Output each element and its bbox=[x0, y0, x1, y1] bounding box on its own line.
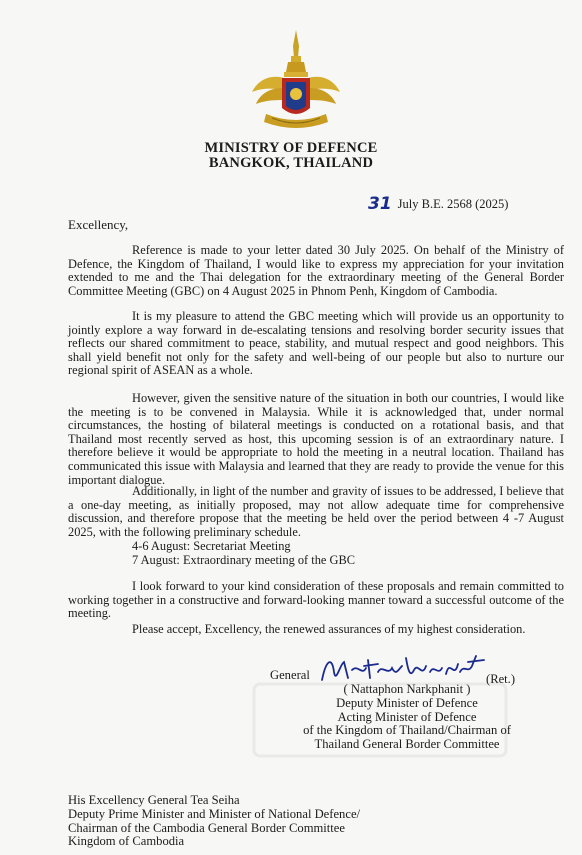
addressee-block: His Excellency General Tea Seiha Deputy … bbox=[68, 794, 360, 849]
signatory-title: Thailand General Border Committee bbox=[282, 738, 532, 752]
addressee-line: Chairman of the Cambodia General Border … bbox=[68, 822, 360, 836]
signatory-name: ( Nattaphon Narkphanit ) bbox=[282, 683, 532, 697]
signature-rank: General bbox=[270, 668, 310, 683]
signatory-title: Deputy Minister of Defence bbox=[282, 697, 532, 711]
signatory-block: ( Nattaphon Narkphanit ) Deputy Minister… bbox=[282, 683, 532, 752]
paragraph-attendance: It is my pleasure to attend the GBC meet… bbox=[68, 310, 564, 378]
addressee-line: His Excellency General Tea Seiha bbox=[68, 794, 360, 808]
schedule-item: 4-6 August: Secretariat Meeting bbox=[132, 540, 291, 554]
schedule-item: 7 August: Extraordinary meeting of the G… bbox=[132, 554, 355, 568]
date-rest: July B.E. 2568 (2025) bbox=[398, 197, 509, 211]
letter-page: MINISTRY OF DEFENCE BANGKOK, THAILAND 31… bbox=[0, 0, 582, 855]
thai-ministry-of-defence-emblem-icon bbox=[248, 28, 344, 136]
paragraph-venue: However, given the sensitive nature of t… bbox=[68, 392, 564, 487]
paragraph-complimentary-close: Please accept, Excellency, the renewed a… bbox=[68, 623, 564, 637]
salutation: Excellency, bbox=[68, 217, 128, 233]
signatory-title: of the Kingdom of Thailand/Chairman of bbox=[282, 724, 532, 738]
paragraph-closing: I look forward to your kind consideratio… bbox=[68, 580, 564, 621]
addressee-line: Deputy Prime Minister and Minister of Na… bbox=[68, 808, 360, 822]
ministry-location: BANGKOK, THAILAND bbox=[0, 155, 582, 171]
signatory-title: Acting Minister of Defence bbox=[282, 711, 532, 725]
paragraph-reference: Reference is made to your letter dated 3… bbox=[68, 244, 564, 298]
paragraph-duration: Additionally, in light of the number and… bbox=[68, 485, 564, 539]
date-day-handwritten: 31 bbox=[368, 194, 392, 214]
ministry-name: MINISTRY OF DEFENCE bbox=[0, 140, 582, 156]
addressee-line: Kingdom of Cambodia bbox=[68, 835, 360, 849]
letter-date: 31July B.E. 2568 (2025) bbox=[368, 194, 508, 214]
